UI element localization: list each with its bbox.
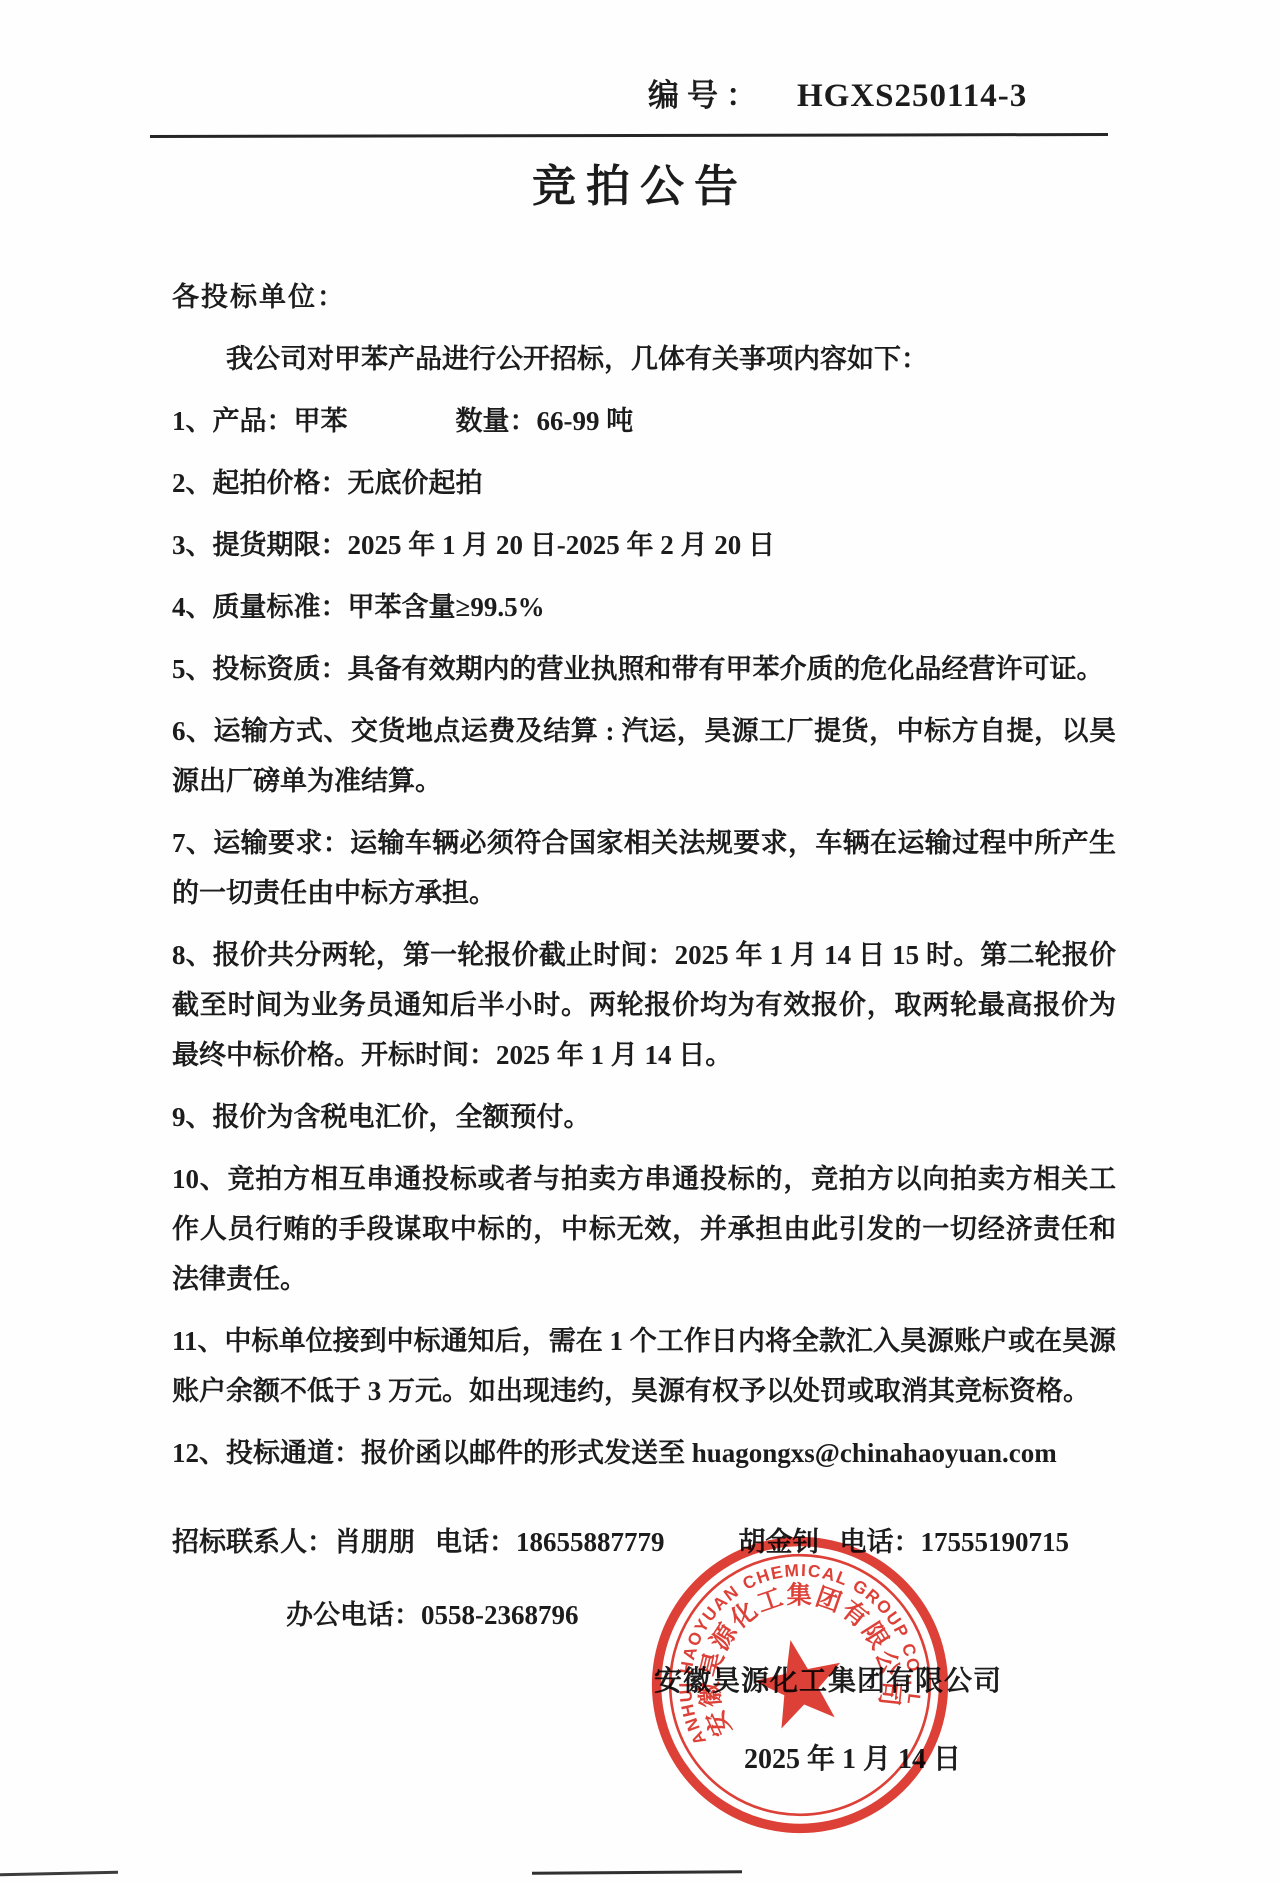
item-3-pickup-period: 3、提货期限：2025 年 1 月 20 日-2025 年 2 月 20 日 bbox=[172, 520, 1116, 570]
item-9-price-terms: 9、报价为含税电汇价，全额预付。 bbox=[172, 1092, 1116, 1142]
item-6-transport-settlement: 6、运输方式、交货地点运费及结算 : 汽运，昊源工厂提货，中标方自提，以昊源出厂… bbox=[172, 706, 1116, 806]
scan-artifact-line-mid bbox=[532, 1870, 742, 1874]
doc-number-value: HGXS250114-3 bbox=[793, 78, 1035, 119]
item-7-transport-requirements: 7、运输要求：运输车辆必须符合国家相关法规要求，车辆在运输过程中所产生的一切责任… bbox=[172, 818, 1116, 918]
item-11-payment-clause: 11、中标单位接到中标通知后，需在 1 个工作日内将全款汇入昊源账户或在昊源账户… bbox=[172, 1316, 1116, 1416]
item-5-bidder-qualification: 5、投标资质：具备有效期内的营业执照和带有甲苯介质的危化品经营许可证。 bbox=[172, 644, 1116, 694]
contact-row: 招标联系人：肖朋朋电话：18655887779胡金钊电话：17555190715 bbox=[172, 1520, 1069, 1559]
doc-number-row: 编号：HGXS250114-3 bbox=[648, 70, 1035, 119]
item-2-start-price: 2、起拍价格：无底价起拍 bbox=[172, 458, 1116, 508]
item-1-product: 1、产品：甲苯 数量：66-99 吨 bbox=[172, 396, 1116, 446]
seal-star-icon bbox=[747, 1631, 851, 1732]
contact1-phone: 电话：18655887779 bbox=[435, 1527, 665, 1557]
page-title: 竞拍公告 bbox=[0, 150, 1280, 214]
item-12-bid-channel-email: 12、投标通道：报价函以邮件的形式发送至 huagongxs@chinahaoy… bbox=[172, 1428, 1116, 1478]
contact1-name: 招标联系人：肖朋朋 bbox=[172, 1527, 415, 1557]
item-10-collusion-clause: 10、竞拍方相互串通投标或者与拍卖方串通投标的，竞拍方以向拍卖方相关工作人员行贿… bbox=[172, 1154, 1116, 1304]
item-4-quality-standard: 4、质量标准：甲苯含量≥99.5% bbox=[172, 582, 1116, 632]
office-phone: 办公电话：0558-2368796 bbox=[286, 1593, 579, 1632]
header-horizontal-rule bbox=[150, 133, 1108, 138]
item-8-bidding-rounds: 8、报价共分两轮，第一轮报价截止时间：2025 年 1 月 14 日 15 时。… bbox=[172, 930, 1116, 1080]
scanned-auction-notice-page: 编号：HGXS250114-3 竞拍公告 各投标单位： 我公司对甲苯产品进行公开… bbox=[0, 0, 1280, 1883]
scan-artifact-line-left bbox=[0, 1871, 118, 1876]
intro-paragraph: 我公司对甲苯产品进行公开招标，几体有关亊项内容如下： bbox=[172, 334, 1116, 384]
document-body: 各投标单位： 我公司对甲苯产品进行公开招标，几体有关亊项内容如下： 1、产品：甲… bbox=[172, 272, 1116, 1490]
doc-number-label: 编号： bbox=[648, 78, 765, 113]
salutation: 各投标单位： bbox=[172, 272, 1116, 322]
company-seal-stamp-icon: ANHUI HAOYUAN CHEMICAL GROUP CO., LTD 安徽… bbox=[614, 1499, 986, 1871]
